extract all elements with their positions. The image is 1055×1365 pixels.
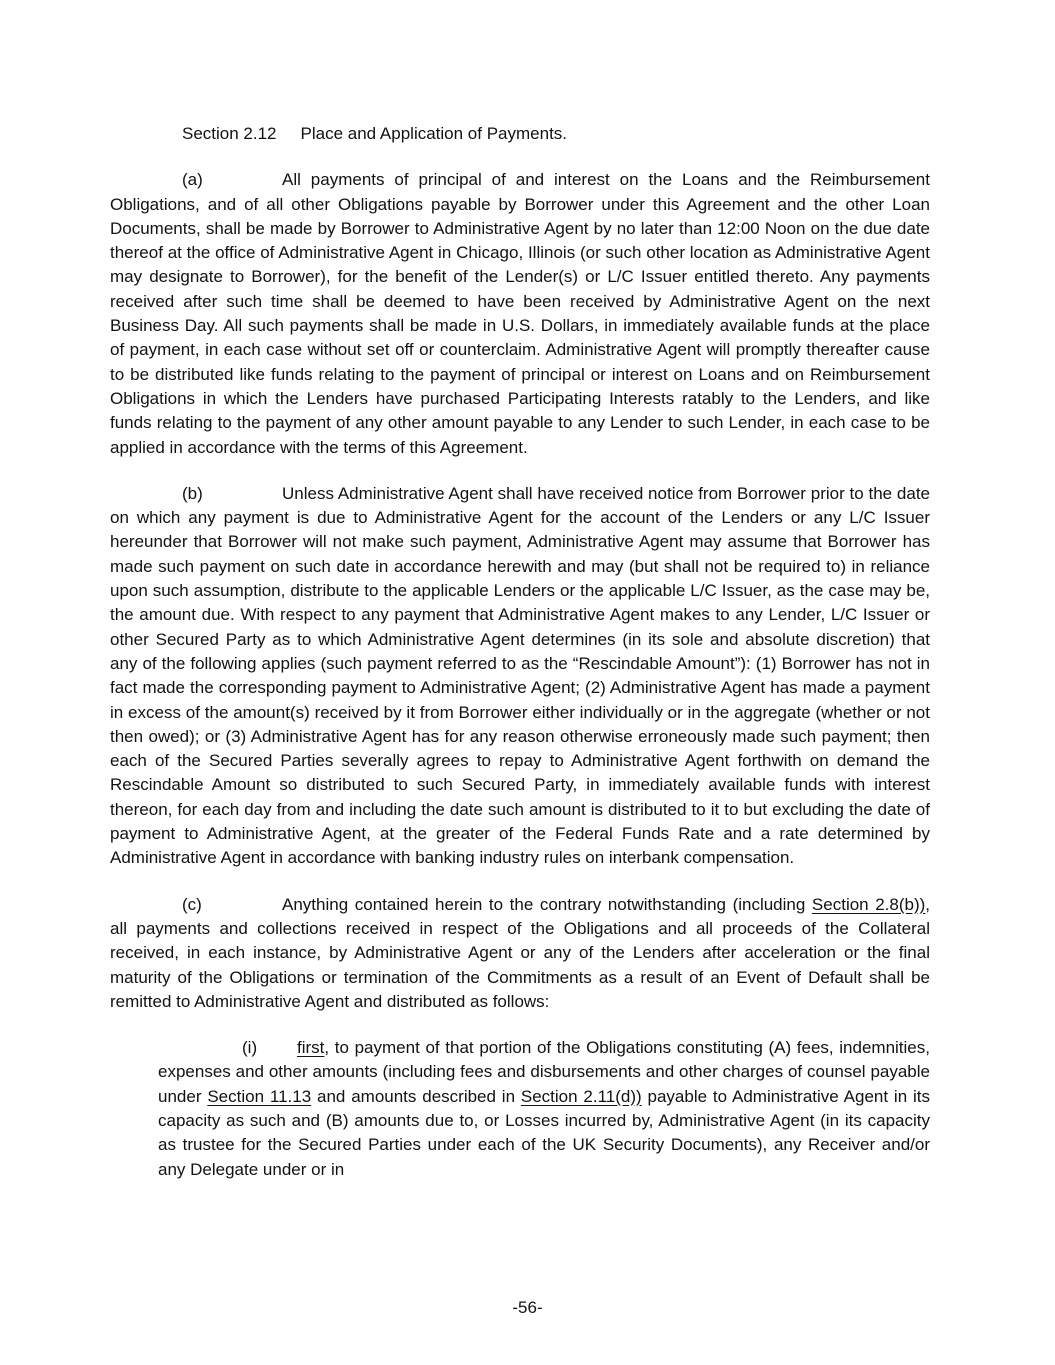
paragraph-i-marker: (i) (242, 1036, 297, 1060)
paragraph-i-segment-4-reference: Section 2.11(d)) (521, 1087, 642, 1106)
paragraph-i: (i)first, to payment of that portion of … (158, 1036, 930, 1182)
document-body: (a)All payments of principal of and inte… (110, 168, 930, 1182)
paragraph-a-segment-0: All payments of principal of and interes… (110, 170, 930, 456)
document-page: Section 2.12Place and Application of Pay… (0, 0, 1055, 1365)
document-content: Section 2.12Place and Application of Pay… (0, 0, 1055, 1182)
paragraph-a-marker: (a) (182, 168, 282, 192)
section-heading-title: Place and Application of Payments. (301, 124, 568, 143)
page-number: -56- (0, 1296, 1055, 1320)
paragraph-i-segment-3: and amounts described in (311, 1087, 521, 1106)
paragraph-i-segment-2-reference: Section 11.13 (207, 1087, 311, 1106)
paragraph-b-marker: (b) (182, 482, 282, 506)
section-heading: Section 2.12Place and Application of Pay… (110, 122, 930, 146)
paragraph-a: (a)All payments of principal of and inte… (110, 168, 930, 460)
paragraph-c-segment-1-reference: Section 2.8(b)) (812, 895, 925, 914)
paragraph-i-segment-0-reference: first (297, 1038, 324, 1057)
paragraph-b: (b)Unless Administrative Agent shall hav… (110, 482, 930, 871)
paragraph-b-segment-0: Unless Administrative Agent shall have r… (110, 484, 930, 867)
paragraph-c-marker: (c) (182, 893, 282, 917)
paragraph-c: (c)Anything contained herein to the cont… (110, 893, 930, 1014)
paragraph-c-segment-0: Anything contained herein to the contrar… (282, 895, 812, 914)
section-heading-label: Section 2.12 (182, 124, 277, 143)
